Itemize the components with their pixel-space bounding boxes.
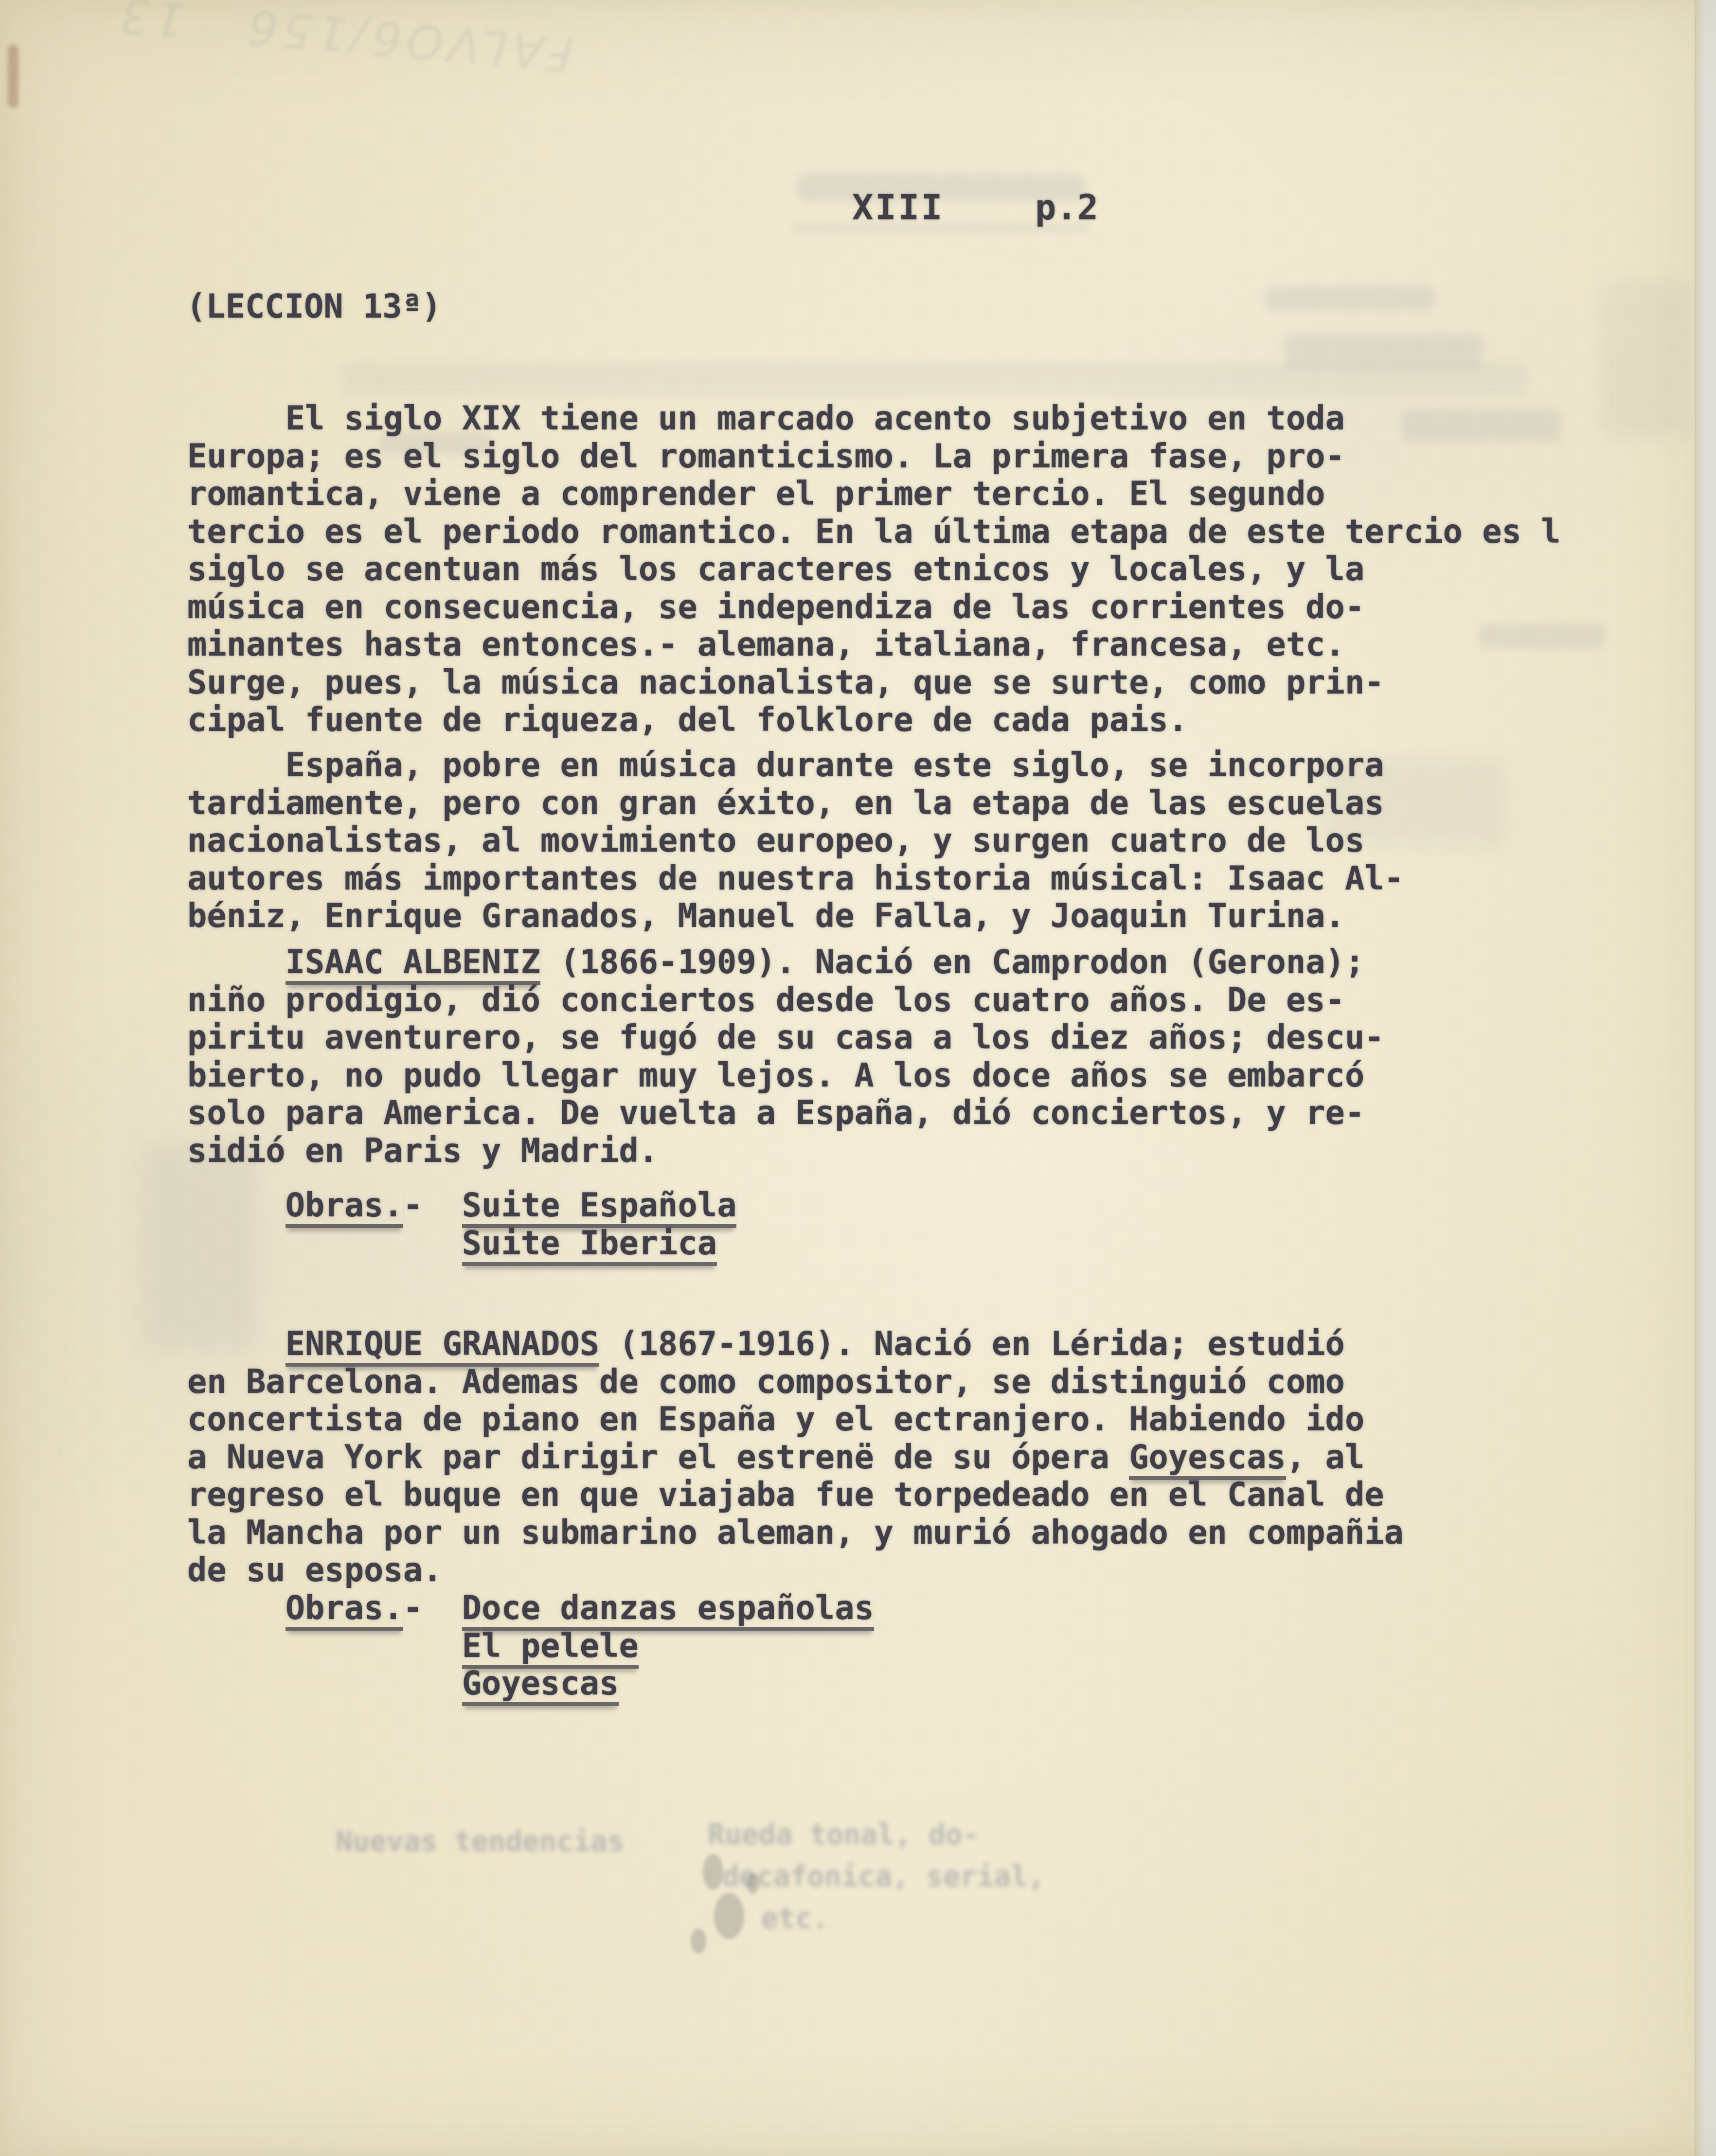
text-segment: regreso el buque en que viajaba fue torp…: [187, 1476, 1384, 1514]
text-segment: , al: [1286, 1438, 1364, 1476]
text-segment: béniz, Enrique Granados, Manuel de Falla…: [187, 897, 1345, 935]
ink-stain: [747, 1873, 759, 1894]
underlined-text-segment: El pelele: [462, 1627, 639, 1669]
text-segment: [187, 1589, 286, 1627]
ghost-text: etc.: [761, 1902, 829, 1935]
text-line: Goyescas: [187, 1665, 874, 1703]
text-line: Suite Iberica: [187, 1225, 736, 1263]
text-line: El pelele: [187, 1627, 874, 1665]
text-line: concertista de piano en España y el ectr…: [187, 1401, 1404, 1439]
text-segment: [423, 1589, 462, 1627]
text-line: ISAAC ALBENIZ (1866-1909). Nació en Camp…: [187, 944, 1384, 981]
text-segment: sidió en Paris y Madrid.: [187, 1132, 658, 1170]
text-line: sidió en Paris y Madrid.: [187, 1132, 1384, 1170]
paragraph-espana: España, pobre en música durante este sig…: [187, 747, 1404, 935]
text-segment: siglo se acentuan más los caracteres etn…: [187, 550, 1364, 588]
text-line: música en consecuencia, se independiza d…: [187, 588, 1561, 626]
underlined-text-segment: Obras.: [286, 1186, 403, 1228]
text-line: regreso el buque en que viajaba fue torp…: [187, 1476, 1404, 1514]
text-segment: Surge, pues, la música nacionalista, que…: [187, 663, 1384, 701]
works-list-granados: Obras.- Doce danzas españolas El pelele …: [187, 1589, 874, 1703]
text-line: cipal fuente de riqueza, del folklore de…: [187, 701, 1561, 739]
text-segment: romantica, viene a comprender el primer …: [187, 475, 1325, 513]
text-line: minantes hasta entonces.- alemana, itali…: [187, 626, 1561, 664]
text-line: tardiamente, pero con gran éxito, en la …: [187, 784, 1404, 822]
underlined-text-segment: Obras.: [286, 1589, 403, 1631]
text-segment: Europa; es el siglo del romanticismo. La…: [187, 437, 1345, 475]
text-segment: -: [403, 1589, 423, 1627]
underlined-text-segment: Goyescas: [462, 1664, 619, 1706]
text-segment: nacionalistas, al movimiento europeo, y …: [187, 821, 1364, 859]
underlined-text-segment: ENRIQUE GRANADOS: [286, 1325, 599, 1367]
text-segment: [187, 1224, 462, 1262]
text-line: Europa; es el siglo del romanticismo. La…: [187, 438, 1561, 476]
text-segment: [187, 1186, 286, 1224]
text-line: España, pobre en música durante este sig…: [187, 747, 1404, 784]
edge-mark: [8, 45, 18, 108]
works-list-albeniz: Obras.- Suite Española Suite Iberica: [187, 1187, 736, 1262]
text-line: bierto, no pudo llegar muy lejos. A los …: [187, 1057, 1384, 1095]
text-segment: [187, 1664, 462, 1702]
text-segment: autores más importantes de nuestra histo…: [187, 859, 1404, 897]
scanner-edge: [1695, 0, 1716, 2156]
ghost-smudge: [1265, 286, 1435, 310]
underlined-text-segment: Suite Española: [462, 1186, 737, 1228]
text-segment: a Nueva York par dirigir el estrenë de s…: [187, 1438, 1129, 1476]
text-segment: [187, 943, 286, 981]
text-line: Obras.- Doce danzas españolas: [187, 1589, 874, 1627]
text-line: ENRIQUE GRANADOS (1867-1916). Nació en L…: [187, 1325, 1404, 1363]
text-line: autores más importantes de nuestra histo…: [187, 860, 1404, 898]
text-segment: bierto, no pudo llegar muy lejos. A los …: [187, 1056, 1364, 1094]
text-segment: concertista de piano en España y el ectr…: [187, 1400, 1364, 1438]
text-line: El siglo XIX tiene un marcado acento sub…: [187, 400, 1561, 438]
paragraph-intro: El siglo XIX tiene un marcado acento sub…: [187, 400, 1561, 739]
text-line: romantica, viene a comprender el primer …: [187, 475, 1561, 513]
text-line: Obras.- Suite Española: [187, 1187, 736, 1225]
text-segment: (1867-1916). Nació en Lérida; estudió: [599, 1325, 1345, 1363]
ghost-smudge: [340, 363, 1527, 388]
text-line: niño prodigio, dió conciertos desde los …: [187, 981, 1384, 1019]
text-line: piritu aventurero, se fugó de su casa a …: [187, 1019, 1384, 1057]
ghost-smudge: [340, 391, 1527, 397]
text-segment: cipal fuente de riqueza, del folklore de…: [187, 701, 1188, 739]
text-line: tercio es el periodo romantico. En la úl…: [187, 513, 1561, 551]
document-page: FALVO6/156 13 Nuevas tendencias Rueda to…: [0, 0, 1716, 2156]
ink-stain: [703, 1854, 723, 1890]
pencil-annotation: FALVO6/156 13: [62, 0, 575, 82]
page-header-number: p.2: [1035, 189, 1098, 227]
underlined-text-segment: ISAAC ALBENIZ: [286, 943, 540, 985]
text-line: la Mancha por un submarino aleman, y mur…: [187, 1514, 1404, 1552]
text-line: solo para America. De vuelta a España, d…: [187, 1094, 1384, 1132]
lesson-label: (LECCION 13ª): [186, 288, 441, 326]
ghost-text: Nuevas tendencias: [336, 1825, 625, 1858]
text-segment: [187, 1325, 286, 1363]
text-line: siglo se acentuan más los caracteres etn…: [187, 551, 1561, 588]
text-segment: [423, 1186, 462, 1224]
ink-stain: [714, 1893, 744, 1939]
paragraph-granados: ENRIQUE GRANADOS (1867-1916). Nació en L…: [187, 1325, 1404, 1589]
ghost-text: decafonica, serial,: [722, 1860, 1045, 1893]
underlined-text-segment: Goyescas: [1129, 1438, 1286, 1480]
text-segment: música en consecuencia, se independiza d…: [187, 588, 1364, 626]
text-line: a Nueva York par dirigir el estrenë de s…: [187, 1439, 1404, 1477]
text-segment: piritu aventurero, se fugó de su casa a …: [187, 1018, 1384, 1056]
text-segment: niño prodigio, dió conciertos desde los …: [187, 981, 1345, 1019]
text-segment: en Barcelona. Ademas de como compositor,…: [187, 1363, 1345, 1401]
ghost-smudge: [1600, 282, 1693, 438]
text-segment: tercio es el periodo romantico. En la úl…: [187, 513, 1561, 551]
text-segment: minantes hasta entonces.- alemana, itali…: [187, 625, 1345, 663]
ink-stain: [691, 1928, 706, 1954]
text-segment: -: [403, 1186, 423, 1224]
underlined-text-segment: Suite Iberica: [462, 1224, 717, 1266]
text-segment: tardiamente, pero con gran éxito, en la …: [187, 784, 1384, 822]
text-segment: de su esposa.: [187, 1551, 442, 1589]
text-segment: España, pobre en música durante este sig…: [187, 746, 1384, 784]
text-line: nacionalistas, al movimiento europeo, y …: [187, 822, 1404, 860]
text-segment: El siglo XIX tiene un marcado acento sub…: [187, 399, 1345, 437]
ghost-text: Rueda tonal, do-: [708, 1818, 980, 1851]
ghost-smudge: [1284, 335, 1484, 360]
text-line: Surge, pues, la música nacionalista, que…: [187, 664, 1561, 702]
text-segment: (1866-1909). Nació en Camprodon (Gerona)…: [540, 943, 1364, 981]
text-line: en Barcelona. Ademas de como compositor,…: [187, 1363, 1404, 1401]
text-segment: la Mancha por un submarino aleman, y mur…: [187, 1514, 1404, 1551]
underlined-text-segment: Doce danzas españolas: [462, 1589, 874, 1631]
text-segment: [187, 1627, 462, 1665]
paragraph-isaac-albeniz: ISAAC ALBENIZ (1866-1909). Nació en Camp…: [187, 944, 1384, 1170]
text-segment: solo para America. De vuelta a España, d…: [187, 1094, 1364, 1132]
text-line: de su esposa.: [187, 1551, 1404, 1589]
text-line: béniz, Enrique Granados, Manuel de Falla…: [187, 897, 1404, 935]
page-header-section: XIII: [852, 189, 944, 227]
